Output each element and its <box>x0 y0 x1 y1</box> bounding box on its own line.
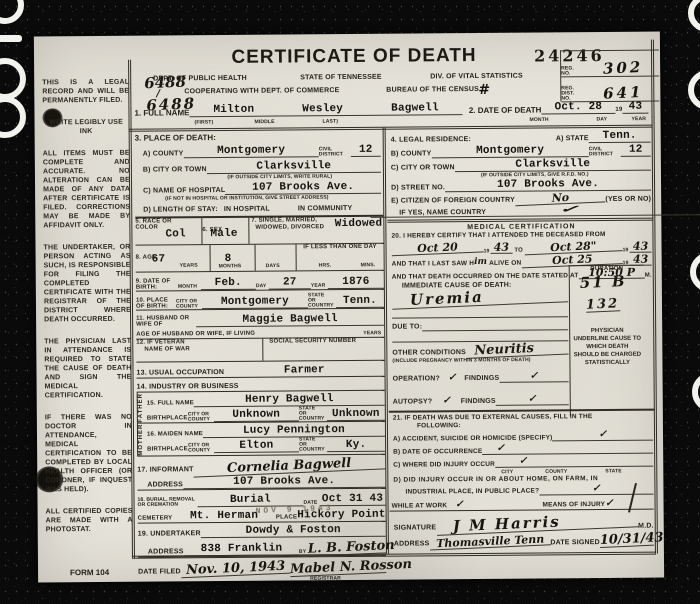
accident-row: A) ACCIDENT, SUICIDE OR HOMICIDE (SPECIF… <box>393 428 653 443</box>
burial-row: 18. BURIAL, REMOVAL OR CREMATION Burial … <box>137 489 385 508</box>
mother-birthplace-row: BIRTHPLACE CITY OR COUNTY Elton STATE OR… <box>147 437 385 454</box>
date-of-death-label: 2. DATE OF DEATH <box>469 105 542 115</box>
sidebar-note: THE PHYSICIAN LAST IN ATTENDANCE IS REQU… <box>44 337 131 401</box>
veteran-cell: 12. IF VETERAN NAME OF WAR <box>136 339 263 362</box>
binder-ring <box>688 0 700 32</box>
undertaker-address-row: ADDRESS 838 Franklin BY L. B. Foston <box>138 537 386 557</box>
reg-dist-row: REG. DIST. NO. 641 <box>561 77 659 103</box>
place-of-birth-row: 10. PLACE OF BIRTH: CITY OR COUNTY Montg… <box>136 290 384 311</box>
dob-year: 1876 <box>328 277 384 289</box>
attended-to-year: 43 <box>630 241 652 253</box>
city-row: B) CITY OR TOWN Clarksville <box>135 157 381 175</box>
injury-city-label: CITY <box>501 470 513 476</box>
mother-block: MOTHER 16. MAIDEN NAME Lucy Pennington B… <box>137 422 385 457</box>
informant-row: 17. INFORMANT Cornelia Bagwell <box>137 455 385 475</box>
age-years-cell: 8. AGE 67 YEARS <box>136 245 211 272</box>
marital-value: Widowed <box>335 219 383 230</box>
while-at-work-row: WHILE AT WORK ✓ MEANS OF INJURY ✓ <box>389 494 653 511</box>
findings-label: FINDINGS <box>464 375 499 383</box>
operation-label: OPERATION? <box>393 376 440 384</box>
residence-city-note: (IF OUTSIDE CITY LIMITS, GIVE R.F.D. NO.… <box>481 172 626 179</box>
state-of-tennessee: STATE OF TENNESSEE <box>300 74 382 83</box>
race-cell: 5. RACE OR COLOR Col <box>135 218 202 245</box>
pob-state: Tenn. <box>336 296 384 308</box>
father-bp-state-label: STATE OR COUNTRY <box>299 406 323 421</box>
hrs-label: HRS. <box>319 263 332 269</box>
date-filed-block: DATE FILED Nov. 10, 1943 Mabel N. Rosson… <box>138 556 386 584</box>
undertaker-block: 19. UNDERTAKER Dowdy & Foston ADDRESS 83… <box>138 522 386 558</box>
veteran-label-2: NAME OF WAR <box>144 346 262 354</box>
while-at-work-label: WHILE AT WORK <box>392 503 448 511</box>
father-name: Henry Bagwell <box>194 394 385 407</box>
pob-city-label: CITY OR COUNTY <box>176 299 198 309</box>
where-injury-check: ✓ <box>495 455 653 468</box>
pob-city: Montgomery <box>202 296 308 309</box>
legal-residence-label: 4. LEGAL RESIDENCE: <box>391 136 471 145</box>
ssn-label: SOCIAL SECURITY NUMBER <box>269 338 384 346</box>
county-row: A) COUNTY Montgomery CIVIL DISTRICT 12 <box>135 141 381 159</box>
sidebar-note: ALL CERTIFIED COPIES ARE MADE WITH A PHO… <box>46 507 133 535</box>
burial-date-label: DATE <box>303 500 317 506</box>
mother-name-label: 16. MAIDEN NAME <box>147 431 203 438</box>
informant-block: 17. INFORMANT Cornelia Bagwell ADDRESS 1… <box>137 455 385 491</box>
dept-public-health: DEPT. OF PUBLIC HEALTH <box>153 75 247 84</box>
full-name-first: Milton <box>189 105 278 118</box>
undertaker-by-label: BY <box>299 549 306 555</box>
sub-day: DAY <box>597 117 626 123</box>
signature-row: SIGNATURE J M Harris M.D. <box>394 511 654 532</box>
occurrence-date-check: ✓ <box>482 442 653 455</box>
spouse-age-label: AGE OF HUSBAND OR WIFE, IF LIVING <box>136 331 255 339</box>
residence-ifyes-row: IF YES, NAME COUNTRY ✓ <box>391 204 651 218</box>
duration-code-2: 132 <box>586 297 621 312</box>
father-side-label: FATHER <box>137 393 147 423</box>
race-sex-marital-row: 5. RACE OR COLOR Col 6. SEX Male 7. SING… <box>135 217 383 246</box>
length-of-stay-row: D) LENGTH OF STAY: IN HOSPITAL IN COMMUN… <box>135 201 381 215</box>
residence-county-row: B) COUNTY Montgomery CIVIL DISTRICT 12 <box>391 143 651 159</box>
burial-label: 18. BURIAL, REMOVAL OR CREMATION <box>137 497 188 508</box>
reg-no-label: REG. NO. <box>561 66 583 76</box>
sidebar-note-write-legibly: WRITE LEGIBLY USE INK <box>43 118 130 137</box>
sidebar-note: THE UNDERTAKER, OR PERSON ACTING AS SUCH… <box>43 243 131 325</box>
registrar-label: REGISTRAR <box>310 576 375 582</box>
binder-bar <box>0 35 22 42</box>
full-name-last: Bagwell <box>367 103 463 116</box>
sex-value: Male <box>210 229 237 240</box>
residence-city-label: C) CITY OR TOWN <box>391 164 455 173</box>
scanned-death-certificate: { "header": { "title": "CERTIFICATE OF D… <box>0 0 700 604</box>
undertaker-row: 19. UNDERTAKER Dowdy & Foston <box>138 522 386 539</box>
residence-state-value: Tenn. <box>589 131 651 143</box>
in-community-label: IN COMMUNITY <box>298 205 353 213</box>
date-signed-value: 10/31/43 <box>600 531 655 547</box>
father-bp-state: Unknown <box>327 409 385 421</box>
father-name-row: 15. FULL NAME Henry Bagwell <box>147 391 385 408</box>
occupation-value: Farmer <box>224 365 384 377</box>
spouse-age-years-label: YEARS <box>363 331 381 337</box>
autopsy-findings-label: FINDINGS <box>461 398 496 406</box>
full-name-label: 1. FULL NAME <box>134 108 189 118</box>
occupation-label: 13. USUAL OCCUPATION <box>136 369 224 378</box>
date-filed-row: DATE FILED Nov. 10, 1943 Mabel N. Rosson <box>138 556 386 577</box>
last-saw-him: im <box>474 258 487 267</box>
mother-name-row: 16. MAIDEN NAME Lucy Pennington <box>147 422 385 439</box>
residence-civil-value: 12 <box>621 145 651 157</box>
operation-row: OPERATION? ✓ FINDINGS ✓ <box>392 368 568 384</box>
spouse-label: 11. HUSBAND OR WIFE OF <box>136 315 196 327</box>
undertaker-address: 838 Franklin <box>183 543 299 556</box>
age-years-value: 67 <box>152 254 166 265</box>
autopsy-label: AUTOPSY? <box>393 399 433 407</box>
dod-year: 43 <box>622 102 648 114</box>
father-block: FATHER 15. FULL NAME Henry Bagwell BIRTH… <box>137 391 385 424</box>
date-filed-label: DATE FILED <box>138 568 181 576</box>
father-bp-label: BIRTHPLACE <box>147 415 188 422</box>
dod-day: 28 <box>589 101 603 113</box>
legal-residence-block: 4. LEGAL RESIDENCE: A) STATE Tenn. B) CO… <box>387 128 654 223</box>
informant-address: 107 Brooks Ave. <box>183 476 385 490</box>
occupation-row: 13. USUAL OCCUPATION Farmer <box>136 361 384 379</box>
other-conditions-note: (INCLUDE PREGNANCY WITHIN 3 MONTHS OF DE… <box>392 358 542 365</box>
spouse-block: 11. HUSBAND OR WIFE OF Maggie Bagwell AG… <box>136 309 384 340</box>
ssn-cell: SOCIAL SECURITY NUMBER <box>263 338 384 361</box>
cause-of-death-row: Uremia <box>392 290 568 307</box>
certificate-paper: THIS IS A LEGAL RECORD AND WILL BE PERMA… <box>34 32 664 583</box>
age-days-cell: DAYS <box>256 244 297 270</box>
date-of-death-month-day: Oct. 28 <box>541 102 615 115</box>
other-conditions-label: OTHER CONDITIONS <box>392 349 466 358</box>
instruction-sidebar: THIS IS A LEGAL RECORD AND WILL BE PERMA… <box>42 78 133 578</box>
dob-label: 9. DATE OF BIRTH: <box>136 278 178 290</box>
residence-civil-label: CIVIL DISTRICT <box>589 147 616 157</box>
mins-label: MINS. <box>360 263 375 269</box>
work-check: ✓ <box>455 499 463 510</box>
autopsy-check: ✓ <box>442 396 450 407</box>
signature-address-row: ADDRESS Thomasville Tenn DATE SIGNED 10/… <box>394 530 654 548</box>
civil-district-value: 12 <box>351 145 381 157</box>
age-years-sublabel: YEARS <box>180 263 198 269</box>
spouse-row: 11. HUSBAND OR WIFE OF Maggie Bagwell <box>136 309 384 328</box>
informant-label: 17. INFORMANT <box>137 466 193 474</box>
hospital-row: C) NAME OF HOSPITAL 107 Brooks Ave. <box>135 180 381 196</box>
sidebar-note: THIS IS A LEGAL RECORD AND WILL BE PERMA… <box>42 78 129 106</box>
md-label: M.D. <box>638 522 654 530</box>
sub-year: YEAR <box>631 117 646 123</box>
binder-ring <box>688 70 700 110</box>
pob-label: 10. PLACE OF BIRTH: <box>136 297 176 309</box>
ifyes-check: ✓ <box>370 203 700 218</box>
mother-side-label: MOTHER <box>137 424 147 456</box>
pob-state-label: STATE OR COUNTRY <box>308 293 332 308</box>
left-column: 3. PLACE OF DEATH: A) COUNTY Montgomery … <box>135 130 387 584</box>
residence-street-value: 107 Brooks Ave. <box>445 179 651 193</box>
binder-ring <box>692 372 700 412</box>
registration-box: REG. NO. 302 REG. DIST. NO. 641 <box>560 50 659 102</box>
veteran-ssn-row: 12. IF VETERAN NAME OF WAR SOCIAL SECURI… <box>136 338 384 363</box>
age-months-sublabel: MONTHS <box>219 264 242 270</box>
place-of-death-block: 3. PLACE OF DEATH: A) COUNTY Montgomery … <box>135 130 384 219</box>
attended-from-year: 43 <box>490 242 512 254</box>
civil-district-label: CIVIL DISTRICT <box>319 147 346 157</box>
father-birthplace-row: BIRTHPLACE CITY OR COUNTY Unknown STATE … <box>147 406 385 423</box>
dob-month-label: MONTH <box>178 284 197 290</box>
injury-home-row-2: INDUSTRIAL PLACE, IN PUBLIC PLACE? ✓ <box>393 482 653 496</box>
informant-address-row: ADDRESS 107 Brooks Ave. <box>137 473 385 490</box>
injury-home-label-2: INDUSTRIAL PLACE, IN PUBLIC PLACE? <box>405 488 539 497</box>
spouse-age-row: AGE OF HUSBAND OR WIFE, IF LIVING YEARS <box>136 326 384 339</box>
mother-bp-state: Ky. <box>327 440 385 452</box>
residence-county-label: B) COUNTY <box>391 150 432 158</box>
hospital-label: C) NAME OF HOSPITAL <box>143 187 225 196</box>
accident-check: ✓ <box>552 429 653 442</box>
burial-block: NOV 9 1943 18. BURIAL, REMOVAL OR CREMAT… <box>137 489 385 524</box>
binder-ring <box>0 0 24 24</box>
dob-year-label: YEAR <box>311 283 326 289</box>
residence-street-row: D) STREET NO. 107 Brooks Ave. <box>391 178 651 193</box>
autopsy-findings-check: ✓ <box>496 394 569 407</box>
death-time-m: M. <box>645 272 652 279</box>
reg-dist-label: REG. DIST. NO. <box>561 86 583 101</box>
sidebar-note: IF THERE WAS NO DOCTOR IN ATTENDANCE, ME… <box>45 413 133 495</box>
other-conditions-row: OTHER CONDITIONS Neuritis <box>392 342 568 358</box>
undertaker-signature: L. B. Foston <box>308 539 387 556</box>
marital-cell: 7. SINGLE, MARRIED, WIDOWED, DIVORCED Wi… <box>249 217 383 244</box>
last-saw-label-b: ALIVE ON <box>489 260 521 268</box>
operation-check: ✓ <box>448 373 456 384</box>
mother-bp-city-label: CITY OR COUNTY <box>188 443 210 453</box>
dob-day-label: DAY <box>256 284 267 290</box>
age-row: 8. AGE 67 YEARS 8 MONTHS DAYS IF LESS TH… <box>136 244 384 273</box>
sidebar-note: ALL ITEMS MUST BE COMPLETE AND ACCURATE.… <box>43 149 131 231</box>
in-hospital-label: IN HOSPITAL <box>224 206 270 214</box>
undertaker-value: Dowdy & Foston <box>201 525 386 538</box>
residence-city-value: Clarksville <box>455 159 651 173</box>
certificate-title: CERTIFICATE OF DEATH <box>184 45 524 70</box>
residence-county-value: Montgomery <box>431 145 588 158</box>
where-injury-label: C) WHERE DID INJURY OCCUR <box>393 461 495 469</box>
undertaker-address-label: ADDRESS <box>148 548 184 556</box>
signature-block: SIGNATURE J M Harris M.D. ADDRESS Thomas… <box>390 509 656 548</box>
hospital-value: 107 Brooks Ave. <box>225 182 381 195</box>
burial-label-2: OR CREMATION <box>138 502 189 508</box>
burial-place-label: PLACE <box>276 514 297 521</box>
other-conditions-value: Neuritis <box>466 341 569 359</box>
sub-middle: MIDDLE <box>255 119 312 125</box>
injury-state-label: STATE <box>605 469 621 475</box>
duration-code-1: 51 B <box>580 274 627 291</box>
age-less-cell: IF LESS THAN ONE DAY HRS. MINS. <box>297 244 384 271</box>
accident-label: A) ACCIDENT, SUICIDE OR HOMICIDE (SPECIF… <box>393 434 553 443</box>
date-filed-value: Nov. 10, 1943 <box>181 560 291 579</box>
dod-month: Oct. <box>555 101 582 113</box>
physician-address: Thomasville Tenn <box>429 533 550 550</box>
last-saw-label-a: AND THAT I LAST SAW H <box>392 260 474 268</box>
cemetery-label: CEMETERY <box>138 515 173 522</box>
city-label: B) CITY OR TOWN <box>143 166 207 175</box>
bureau-of-census: BUREAU OF THE CENSUS <box>386 86 479 95</box>
div-vital-statistics: DIV. OF VITAL STATISTICS <box>430 73 523 82</box>
reg-dist-value: 641 <box>587 84 660 102</box>
full-name-middle: Wesley <box>278 104 367 117</box>
informant-address-label: ADDRESS <box>147 481 183 489</box>
less-than-day-label: IF LESS THAN ONE DAY <box>297 244 384 252</box>
mother-bp-state-label: STATE OR COUNTRY <box>299 437 323 452</box>
mother-name: Lucy Pennington <box>203 425 385 438</box>
physician-underline-note: PHYSICIAN UNDERLINE CAUSE TO WHICH DEATH… <box>570 326 644 367</box>
city-value: Clarksville <box>207 161 381 174</box>
spouse-value: Maggie Bagwell <box>196 314 384 327</box>
findings-check: ✓ <box>499 371 568 384</box>
means-of-injury-label: MEANS OF INJURY <box>542 501 605 509</box>
age-months-cell: 8 MONTHS <box>211 245 256 271</box>
residence-street-label: D) STREET NO. <box>391 184 445 192</box>
sub-month: MONTH <box>530 117 587 123</box>
father-bp-city-label: CITY OR COUNTY <box>187 412 209 422</box>
death-occurred-label: AND THAT DEATH OCCURRED ON THE DATE STAT… <box>392 272 579 281</box>
residence-state-label: A) STATE <box>556 135 589 143</box>
means-check: ✓ <box>605 498 613 509</box>
reg-no-value: 302 <box>587 59 660 77</box>
signature-label: SIGNATURE <box>394 524 437 532</box>
injury-county-label: COUNTY <box>545 470 567 476</box>
county-label: A) COUNTY <box>143 150 184 158</box>
date-signed-label: DATE SIGNED <box>550 539 600 547</box>
father-bp-city: Unknown <box>213 409 298 422</box>
mother-bp-city: Elton <box>214 440 299 453</box>
age-days-sublabel: DAYS <box>266 264 280 270</box>
mother-bp-label: BIRTHPLACE <box>147 446 188 453</box>
binder-ring <box>0 58 26 100</box>
burial-date-year: 43 <box>369 493 383 505</box>
dob-month: Feb. <box>200 278 256 290</box>
binder-ring <box>0 96 26 138</box>
length-of-stay-label: D) LENGTH OF STAY: <box>143 206 218 215</box>
to-label: TO <box>514 247 523 254</box>
industry-label: 14. INDUSTRY OR BUSINESS <box>137 383 239 392</box>
undertaker-label: 19. UNDERTAKER <box>138 530 201 539</box>
sub-first: (FIRST) <box>195 120 246 126</box>
due-to-row: DUE TO: <box>392 318 568 332</box>
residence-city-row: C) CITY OR TOWN Clarksville <box>391 157 651 173</box>
cooperating-line: COOPERATING WITH DEPT. OF COMMERCE <box>184 87 339 96</box>
dod-year-pre: 19 <box>615 107 622 114</box>
autopsy-row: AUTOPSY? ✓ FINDINGS ✓ <box>393 391 569 407</box>
date-of-birth-row: 9. DATE OF BIRTH: MONTH Feb. DAY 27 YEAR… <box>136 271 384 292</box>
binder-ring <box>690 252 700 292</box>
occurrence-date-label: B) DATE OF OCCURRENCE <box>393 448 482 456</box>
occurrence-date-row: B) DATE OF OCCURRENCE ✓ <box>393 441 653 456</box>
sub-last: LAST) <box>322 118 432 125</box>
form-number: FORM 104 <box>46 568 133 578</box>
to-year-pre: 19 <box>623 247 629 253</box>
sig-address-label: ADDRESS <box>394 540 430 548</box>
residence-state-row: 4. LEGAL RESIDENCE: A) STATE Tenn. <box>391 130 651 145</box>
father-name-label: 15. FULL NAME <box>147 400 194 407</box>
race-value: Col <box>165 229 185 240</box>
duration-box: DURATION 51 B 132 PHYSICIAN UNDERLINE CA… <box>569 265 645 417</box>
reg-no-row: REG. NO. 302 <box>561 51 659 78</box>
medical-certification-block: MEDICAL CERTIFICATION 20. I HEREBY CERTI… <box>387 220 654 413</box>
dob-day: 27 <box>269 277 311 289</box>
registrar-signature: Mabel N. Rosson <box>290 559 387 577</box>
right-column: 4. LEGAL RESIDENCE: A) STATE Tenn. B) CO… <box>387 128 656 549</box>
sex-cell: 6. SEX Male <box>202 218 249 244</box>
external-causes-block: 21. IF DEATH WAS DUE TO EXTERNAL CAUSES,… <box>389 411 656 511</box>
due-to-label: DUE TO: <box>392 324 422 332</box>
from-year-pre: 19 <box>483 248 489 254</box>
where-injury-row: C) WHERE DID INJURY OCCUR ✓ <box>393 454 653 469</box>
handwritten-hash: # <box>478 83 490 97</box>
county-value: Montgomery <box>183 145 318 158</box>
